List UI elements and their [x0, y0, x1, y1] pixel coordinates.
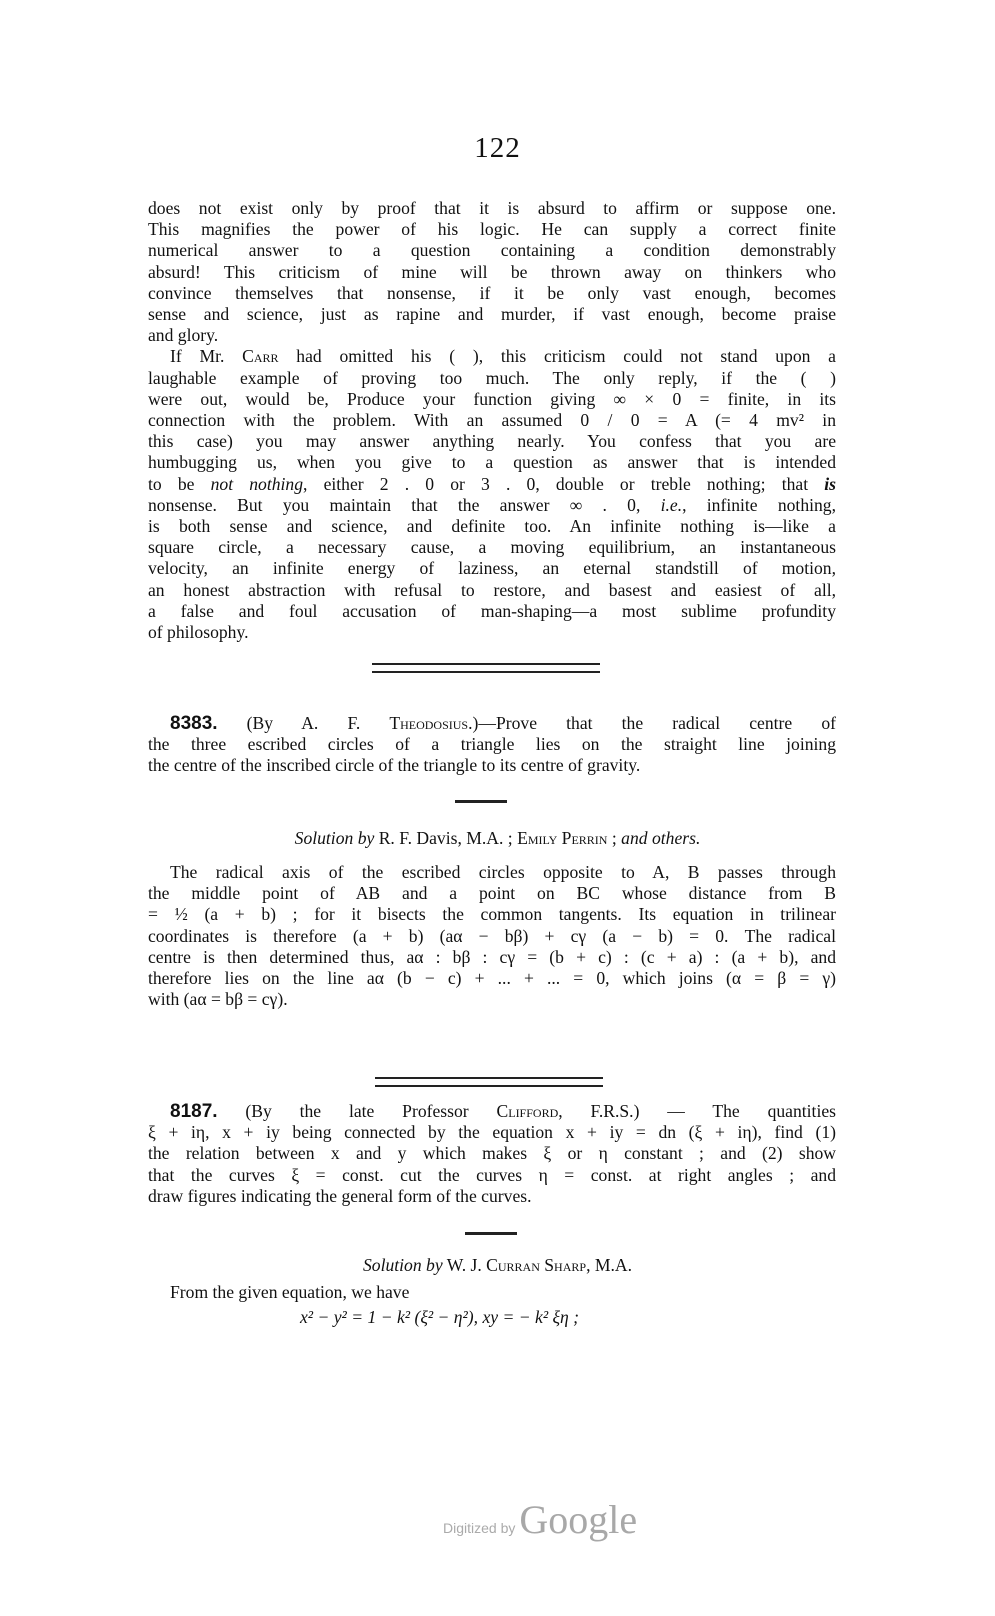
text-fragment: (By A. F. [247, 713, 390, 733]
solution-byline: Solution by W. J. Curran Sharp, M.A. [0, 1255, 995, 1276]
solution-divider [465, 1232, 517, 1235]
digitized-by-google-watermark: Digitized by Google [443, 1496, 637, 1543]
text-fragment: is [824, 474, 836, 494]
text-line: therefore lies on the line aα (b − c) + … [148, 968, 836, 989]
solution-divider [455, 800, 507, 803]
text-line: is both sense and science, and definite … [148, 516, 836, 537]
text-line: nonsense. But you maintain that the answ… [148, 495, 836, 516]
text-fragment: .)—Prove that the radical centre of [468, 713, 836, 733]
author-name: R. F. Davis, M.A. ; [374, 828, 517, 848]
text-fragment: (By the late Professor [245, 1101, 496, 1121]
text-line: coordinates is therefore (a + b) (aα − b… [148, 926, 836, 947]
text-fragment: to be [148, 474, 211, 494]
text-fragment: i.e. [661, 495, 683, 515]
text-line: and glory. [148, 325, 836, 346]
text-line: to be not nothing, either 2 . 0 or 3 . 0… [148, 474, 836, 495]
digitized-label: Digitized by [443, 1520, 515, 1536]
text-fragment: If Mr. [170, 346, 242, 366]
text-line: From the given equation, we have [148, 1282, 836, 1303]
section-divider [375, 1077, 603, 1087]
equation: x² − y² = 1 − k² (ξ² − η²), xy = − k² ξη… [300, 1307, 579, 1328]
text-fragment: ; [607, 828, 621, 848]
text-line: ξ + iη, x + iy being connected by the eq… [148, 1122, 836, 1143]
author-name: Emily Perrin [517, 828, 607, 848]
text-line: The radical axis of the escribed circles… [148, 862, 836, 883]
continuation-paragraph: does not exist only by proof that it is … [148, 198, 836, 643]
text-line: this case) you may answer anything nearl… [148, 431, 836, 452]
solution-8383-body: The radical axis of the escribed circles… [148, 862, 836, 1010]
question-heading: 8187. (By the late Professor Clifford, F… [148, 1101, 836, 1122]
author-name: Theodosius [389, 713, 468, 733]
question-number: 8187. [170, 1101, 218, 1122]
question-8383: 8383. (By A. F. Theodosius.)—Prove that … [148, 713, 836, 777]
solution-label: Solution by [363, 1255, 443, 1275]
author-name: W. J. Curran Sharp, M.A. [443, 1255, 632, 1275]
text-fragment: and others. [621, 828, 700, 848]
section-divider [372, 663, 600, 673]
text-line: does not exist only by proof that it is … [148, 198, 836, 219]
text-line: connection with the problem. With an ass… [148, 410, 836, 431]
text-line: an honest abstraction with refusal to re… [148, 580, 836, 601]
question-number: 8383. [170, 713, 218, 734]
text-line: the relation between x and y which makes… [148, 1143, 836, 1164]
text-line: the three escribed circles of a triangle… [148, 734, 836, 755]
text-line: that the curves ξ = const. cut the curve… [148, 1165, 836, 1186]
solution-label: Solution by [295, 828, 375, 848]
question-8187: 8187. (By the late Professor Clifford, F… [148, 1101, 836, 1207]
text-line: velocity, an infinite energy of laziness… [148, 558, 836, 579]
text-line: sense and science, just as rapine and mu… [148, 304, 836, 325]
text-fragment: not nothing [211, 474, 303, 494]
text-line: square circle, a necessary cause, a movi… [148, 537, 836, 558]
text-line: of philosophy. [148, 622, 836, 643]
solution-byline: Solution by R. F. Davis, M.A. ; Emily Pe… [0, 828, 995, 849]
text-line: convince themselves that nonsense, if it… [148, 283, 836, 304]
text-fragment: , infinite nothing, [682, 495, 836, 515]
text-line: centre is then determined thus, aα : bβ … [148, 947, 836, 968]
text-fragment: nonsense. But you maintain that the answ… [148, 495, 661, 515]
text-line: the middle point of AB and a point on BC… [148, 883, 836, 904]
author-name: Clifford [497, 1101, 559, 1121]
text-fragment: had omitted his ( ), this criticism coul… [279, 346, 836, 366]
google-logo: Google [519, 1497, 637, 1542]
text-line: If Mr. Carr had omitted his ( ), this cr… [148, 346, 836, 367]
text-line: humbugging us, when you give to a questi… [148, 452, 836, 473]
text-line: laughable example of proving too much. T… [148, 368, 836, 389]
text-line: draw figures indicating the general form… [148, 1186, 836, 1207]
text-fragment: , either 2 . 0 or 3 . 0, double or trebl… [303, 474, 824, 494]
text-line: = ½ (a + b) ; for it bisects the common … [148, 904, 836, 925]
text-line: with (aα = bβ = cγ). [148, 989, 836, 1010]
text-line: were out, would be, Produce your functio… [148, 389, 836, 410]
text-line: absurd! This criticism of mine will be t… [148, 262, 836, 283]
question-heading: 8383. (By A. F. Theodosius.)—Prove that … [148, 713, 836, 734]
text-line: numerical answer to a question containin… [148, 240, 836, 261]
text-line: the centre of the inscribed circle of th… [148, 755, 836, 776]
page-number: 122 [0, 132, 995, 165]
author-name: Carr [242, 346, 278, 366]
text-fragment: , F.R.S.) — The quantities [558, 1101, 836, 1121]
text-line: This magnifies the power of his logic. H… [148, 219, 836, 240]
solution-8187-body: From the given equation, we have [148, 1282, 836, 1303]
text-line: a false and foul accusation of man-shapi… [148, 601, 836, 622]
